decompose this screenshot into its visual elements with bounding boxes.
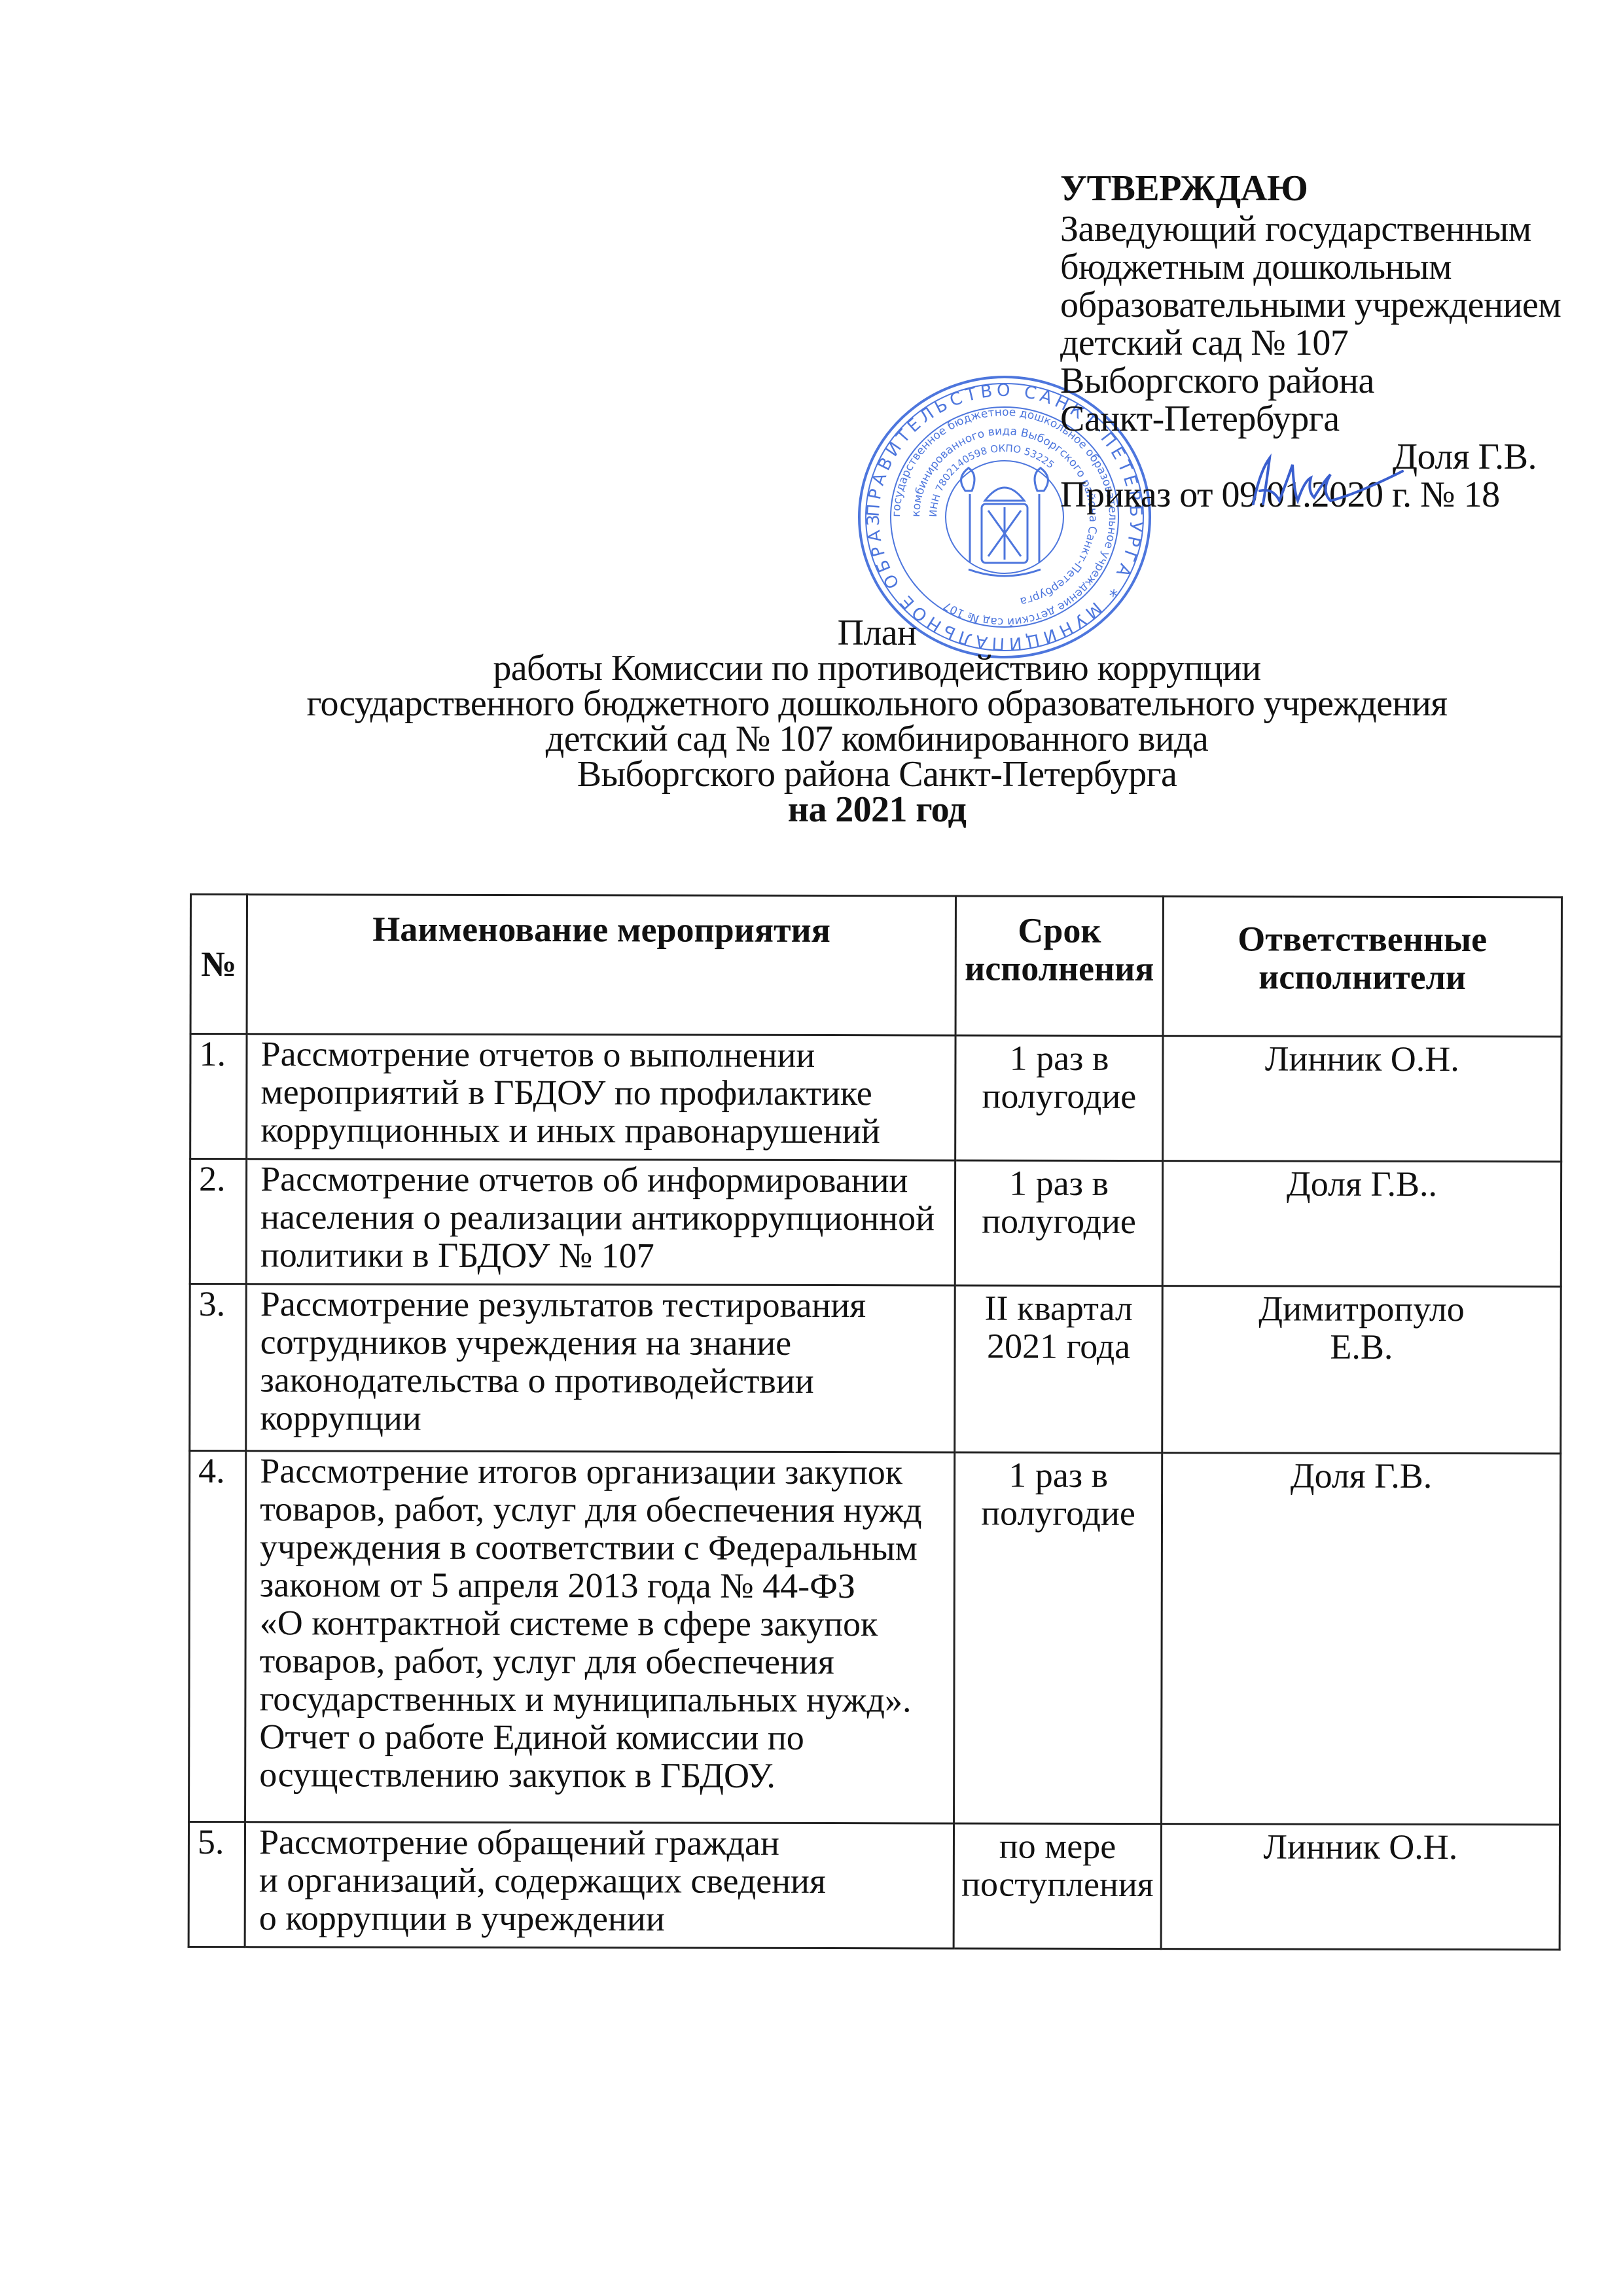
approval-line: Санкт-Петербурга	[1060, 400, 1584, 438]
header-responsible: Ответственные исполнители	[1163, 897, 1562, 1037]
row-activity: Рассмотрение результатов тестирования со…	[246, 1284, 955, 1452]
approval-line: бюджетным дошкольным	[1060, 248, 1584, 286]
header-num: №	[190, 895, 247, 1034]
row-activity: Рассмотрение итогов организации закупок …	[245, 1451, 955, 1823]
signature-icon	[1240, 452, 1410, 517]
row-responsible: Димитропуло Е.В.	[1162, 1286, 1561, 1454]
row-term: II квартал 2021 года	[955, 1285, 1162, 1453]
row-number: 3.	[190, 1284, 247, 1451]
plan-subtitle-line: детский сад № 107 комбинированного вида	[288, 721, 1466, 757]
plan-heading: План работы Комиссии по противодействию …	[288, 615, 1466, 827]
plan-table: № Наименование мероприятия Срок исполнен…	[188, 893, 1563, 1950]
table-row: 3. Рассмотрение результатов тестирования…	[190, 1284, 1561, 1454]
row-activity: Рассмотрение отчетов об информировании н…	[246, 1159, 955, 1285]
row-number: 2.	[190, 1159, 246, 1284]
row-responsible: Доля Г.В.	[1161, 1453, 1560, 1825]
approval-line: Заведующий государственным	[1060, 210, 1584, 248]
row-activity: Рассмотрение обращений граждан и организ…	[245, 1822, 954, 1948]
table-row: 4. Рассмотрение итогов организации закуп…	[189, 1451, 1561, 1825]
row-responsible: Линник О.Н.	[1162, 1036, 1561, 1162]
row-responsible: Линник О.Н.	[1161, 1824, 1560, 1950]
row-number: 4.	[189, 1451, 246, 1822]
row-term: 1 раз в полугодие	[955, 1035, 1163, 1161]
row-term: 1 раз в полугодие	[955, 1160, 1163, 1286]
approval-title: УТВЕРЖДАЮ	[1060, 167, 1584, 210]
plan-title: План	[288, 615, 1466, 651]
row-responsible: Доля Г.В..	[1162, 1161, 1561, 1287]
approval-line: Выборгского района	[1060, 362, 1584, 400]
row-activity: Рассмотрение отчетов о выполнении меропр…	[247, 1034, 956, 1160]
document-page: ПРАВИТЕЛЬСТВО САНКТ-ПЕТЕРБУРГА * МУНИЦИП…	[0, 0, 1623, 2296]
header-name: Наименование мероприятия	[247, 895, 956, 1035]
row-term: по мере поступления	[954, 1823, 1161, 1949]
table-header-row: № Наименование мероприятия Срок исполнен…	[190, 895, 1561, 1037]
row-number: 1.	[190, 1034, 247, 1159]
table-row: 1. Рассмотрение отчетов о выполнении мер…	[190, 1034, 1561, 1162]
plan-subtitle-line: Выборгского района Санкт-Петербурга	[288, 757, 1466, 792]
row-term: 1 раз в полугодие	[954, 1452, 1162, 1824]
approval-line: образовательными учреждением	[1060, 286, 1584, 324]
header-term: Срок исполнения	[955, 896, 1163, 1036]
approval-line: детский сад № 107	[1060, 324, 1584, 362]
row-number: 5.	[188, 1822, 245, 1947]
table-row: 5. Рассмотрение обращений граждан и орга…	[188, 1822, 1560, 1950]
plan-year: на 2021 год	[288, 792, 1466, 827]
plan-subtitle-line: работы Комиссии по противодействию корру…	[288, 651, 1466, 686]
table-row: 2. Рассмотрение отчетов об информировани…	[190, 1159, 1561, 1287]
plan-subtitle-line: государственного бюджетного дошкольного …	[288, 686, 1466, 721]
